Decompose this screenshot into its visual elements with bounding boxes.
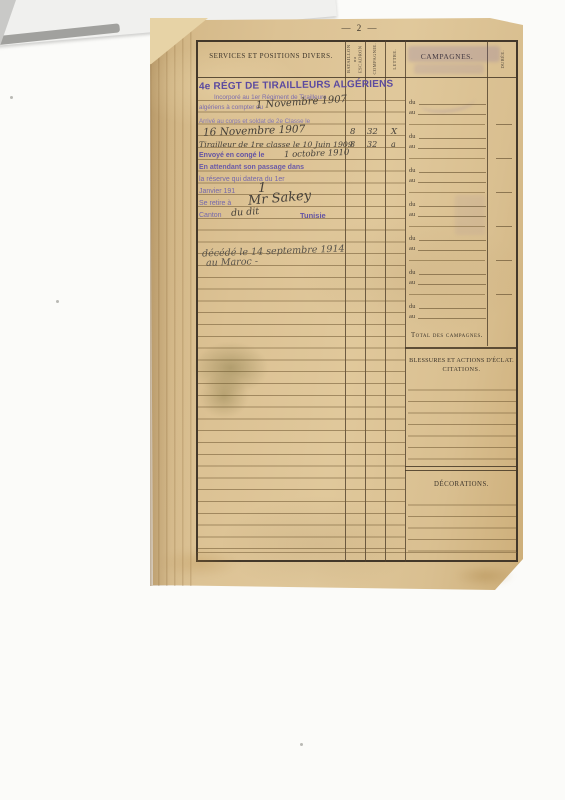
page-number: — 2 — xyxy=(330,23,390,33)
campagne-row: du au xyxy=(409,198,487,218)
au-label: au xyxy=(409,211,415,218)
fill-line xyxy=(418,284,486,285)
duree-dash xyxy=(496,226,512,227)
dust-speck xyxy=(56,300,59,303)
campagne-row: du au xyxy=(409,130,487,150)
retire-line: Se retire à xyxy=(199,200,231,207)
au-label: au xyxy=(409,245,415,252)
fill-line xyxy=(419,240,487,241)
heavy-line xyxy=(405,470,518,471)
fill-line xyxy=(419,206,487,207)
cell-lettre-row2: a xyxy=(391,140,396,149)
du-label: du xyxy=(409,303,416,310)
cell-bataillon-row1: 8 xyxy=(350,127,355,137)
au-label: au xyxy=(409,177,415,184)
campagne-row: du au xyxy=(409,164,487,184)
fill-line xyxy=(418,114,486,115)
au-label: au xyxy=(409,143,415,150)
dust-speck xyxy=(300,743,303,746)
col-header-duree: DURÉE. xyxy=(489,42,517,76)
blessures-header-line1: BLESSURES ET ACTIONS D'ÉCLAT. xyxy=(406,356,517,364)
total-campagnes-label: Total des campagnes. xyxy=(407,330,487,340)
fill-line xyxy=(418,216,486,217)
duree-dash xyxy=(496,192,512,193)
du-label: du xyxy=(409,201,416,208)
duree-dash xyxy=(496,260,512,261)
reserve-line: la réserve qui datera du 1er xyxy=(199,176,285,183)
duree-dash xyxy=(496,158,512,159)
cell-compagnie-row1: 32 xyxy=(367,127,378,137)
canton-line: Canton xyxy=(199,212,222,219)
au-label: au xyxy=(409,279,415,286)
campagne-row: du au xyxy=(409,266,487,286)
cell-lettre-row1: X xyxy=(391,127,397,137)
campagne-separator xyxy=(409,260,485,261)
fill-line xyxy=(419,274,487,275)
campagne-separator xyxy=(409,124,485,125)
canton-handwriting: du dit xyxy=(231,206,260,219)
ruled-lines-blessures xyxy=(408,379,516,463)
du-label: du xyxy=(409,269,416,276)
du-label: du xyxy=(409,133,416,140)
du-label: du xyxy=(409,99,416,106)
col-header-bataillon-label: BATAILLON ou ESCADRON xyxy=(346,42,364,76)
ruled-lines-decorations xyxy=(408,494,516,552)
campagne-row: du au xyxy=(409,300,487,320)
cell-compagnie-row2: 32 xyxy=(367,140,377,149)
col-header-compagnie-label: COMPAGNIE. xyxy=(372,43,378,74)
campagne-row: du au xyxy=(409,96,487,116)
decede-note-line2: au Maroc - xyxy=(206,256,258,269)
blessures-header-line2: CITATIONS. xyxy=(406,365,517,373)
fill-line xyxy=(419,308,487,309)
campagne-separator xyxy=(409,226,485,227)
campagnes-header: CAMPAGNES. xyxy=(407,46,487,66)
duree-dash xyxy=(496,294,512,295)
col-header-lettre-label: LETTRE. xyxy=(392,49,398,70)
fill-line xyxy=(418,250,486,251)
duree-col-line xyxy=(487,40,488,346)
stacked-page-edges xyxy=(150,20,197,586)
du-label: du xyxy=(409,235,416,242)
fill-line xyxy=(418,148,486,149)
header-underline xyxy=(197,77,517,78)
decorations-header: DÉCORATIONS. xyxy=(406,479,517,489)
au-label: au xyxy=(409,109,415,116)
incorpore-line2: algériens à compter du xyxy=(199,104,263,111)
tunisie-stamp: Tunisie xyxy=(300,211,326,220)
scanned-document: — 2 — SERVICES ET POSITIONS DIVERS. BATA… xyxy=(0,0,565,800)
col-header-lettre: LETTRE. xyxy=(385,42,405,76)
fill-line xyxy=(419,172,487,173)
inner-bottom-line xyxy=(197,552,517,553)
section-divider xyxy=(405,347,518,349)
col-header-bataillon: BATAILLON ou ESCADRON xyxy=(345,42,365,76)
conge-line: Envoyé en congé le xyxy=(199,152,264,159)
heavy-line xyxy=(405,466,518,467)
col-header-duree-label: DURÉE. xyxy=(500,50,506,69)
campagne-row: du au xyxy=(409,232,487,252)
du-label: du xyxy=(409,167,416,174)
campagne-separator xyxy=(409,294,485,295)
services-header: SERVICES ET POSITIONS DIVERS. xyxy=(198,46,344,66)
duree-dash xyxy=(496,124,512,125)
fill-line xyxy=(419,138,487,139)
fill-line xyxy=(418,318,486,319)
col-header-compagnie: COMPAGNIE. xyxy=(365,42,385,76)
campagne-separator xyxy=(409,192,485,193)
attendant-line: En attendant son passage dans xyxy=(199,164,304,171)
fill-line xyxy=(418,182,486,183)
fill-line xyxy=(419,104,487,105)
au-label: au xyxy=(409,313,415,320)
janvier-line: Janvier 191 xyxy=(199,188,235,195)
campagne-separator xyxy=(409,158,485,159)
dust-speck xyxy=(10,96,13,99)
cell-bataillon-row2: 8 xyxy=(350,140,355,149)
